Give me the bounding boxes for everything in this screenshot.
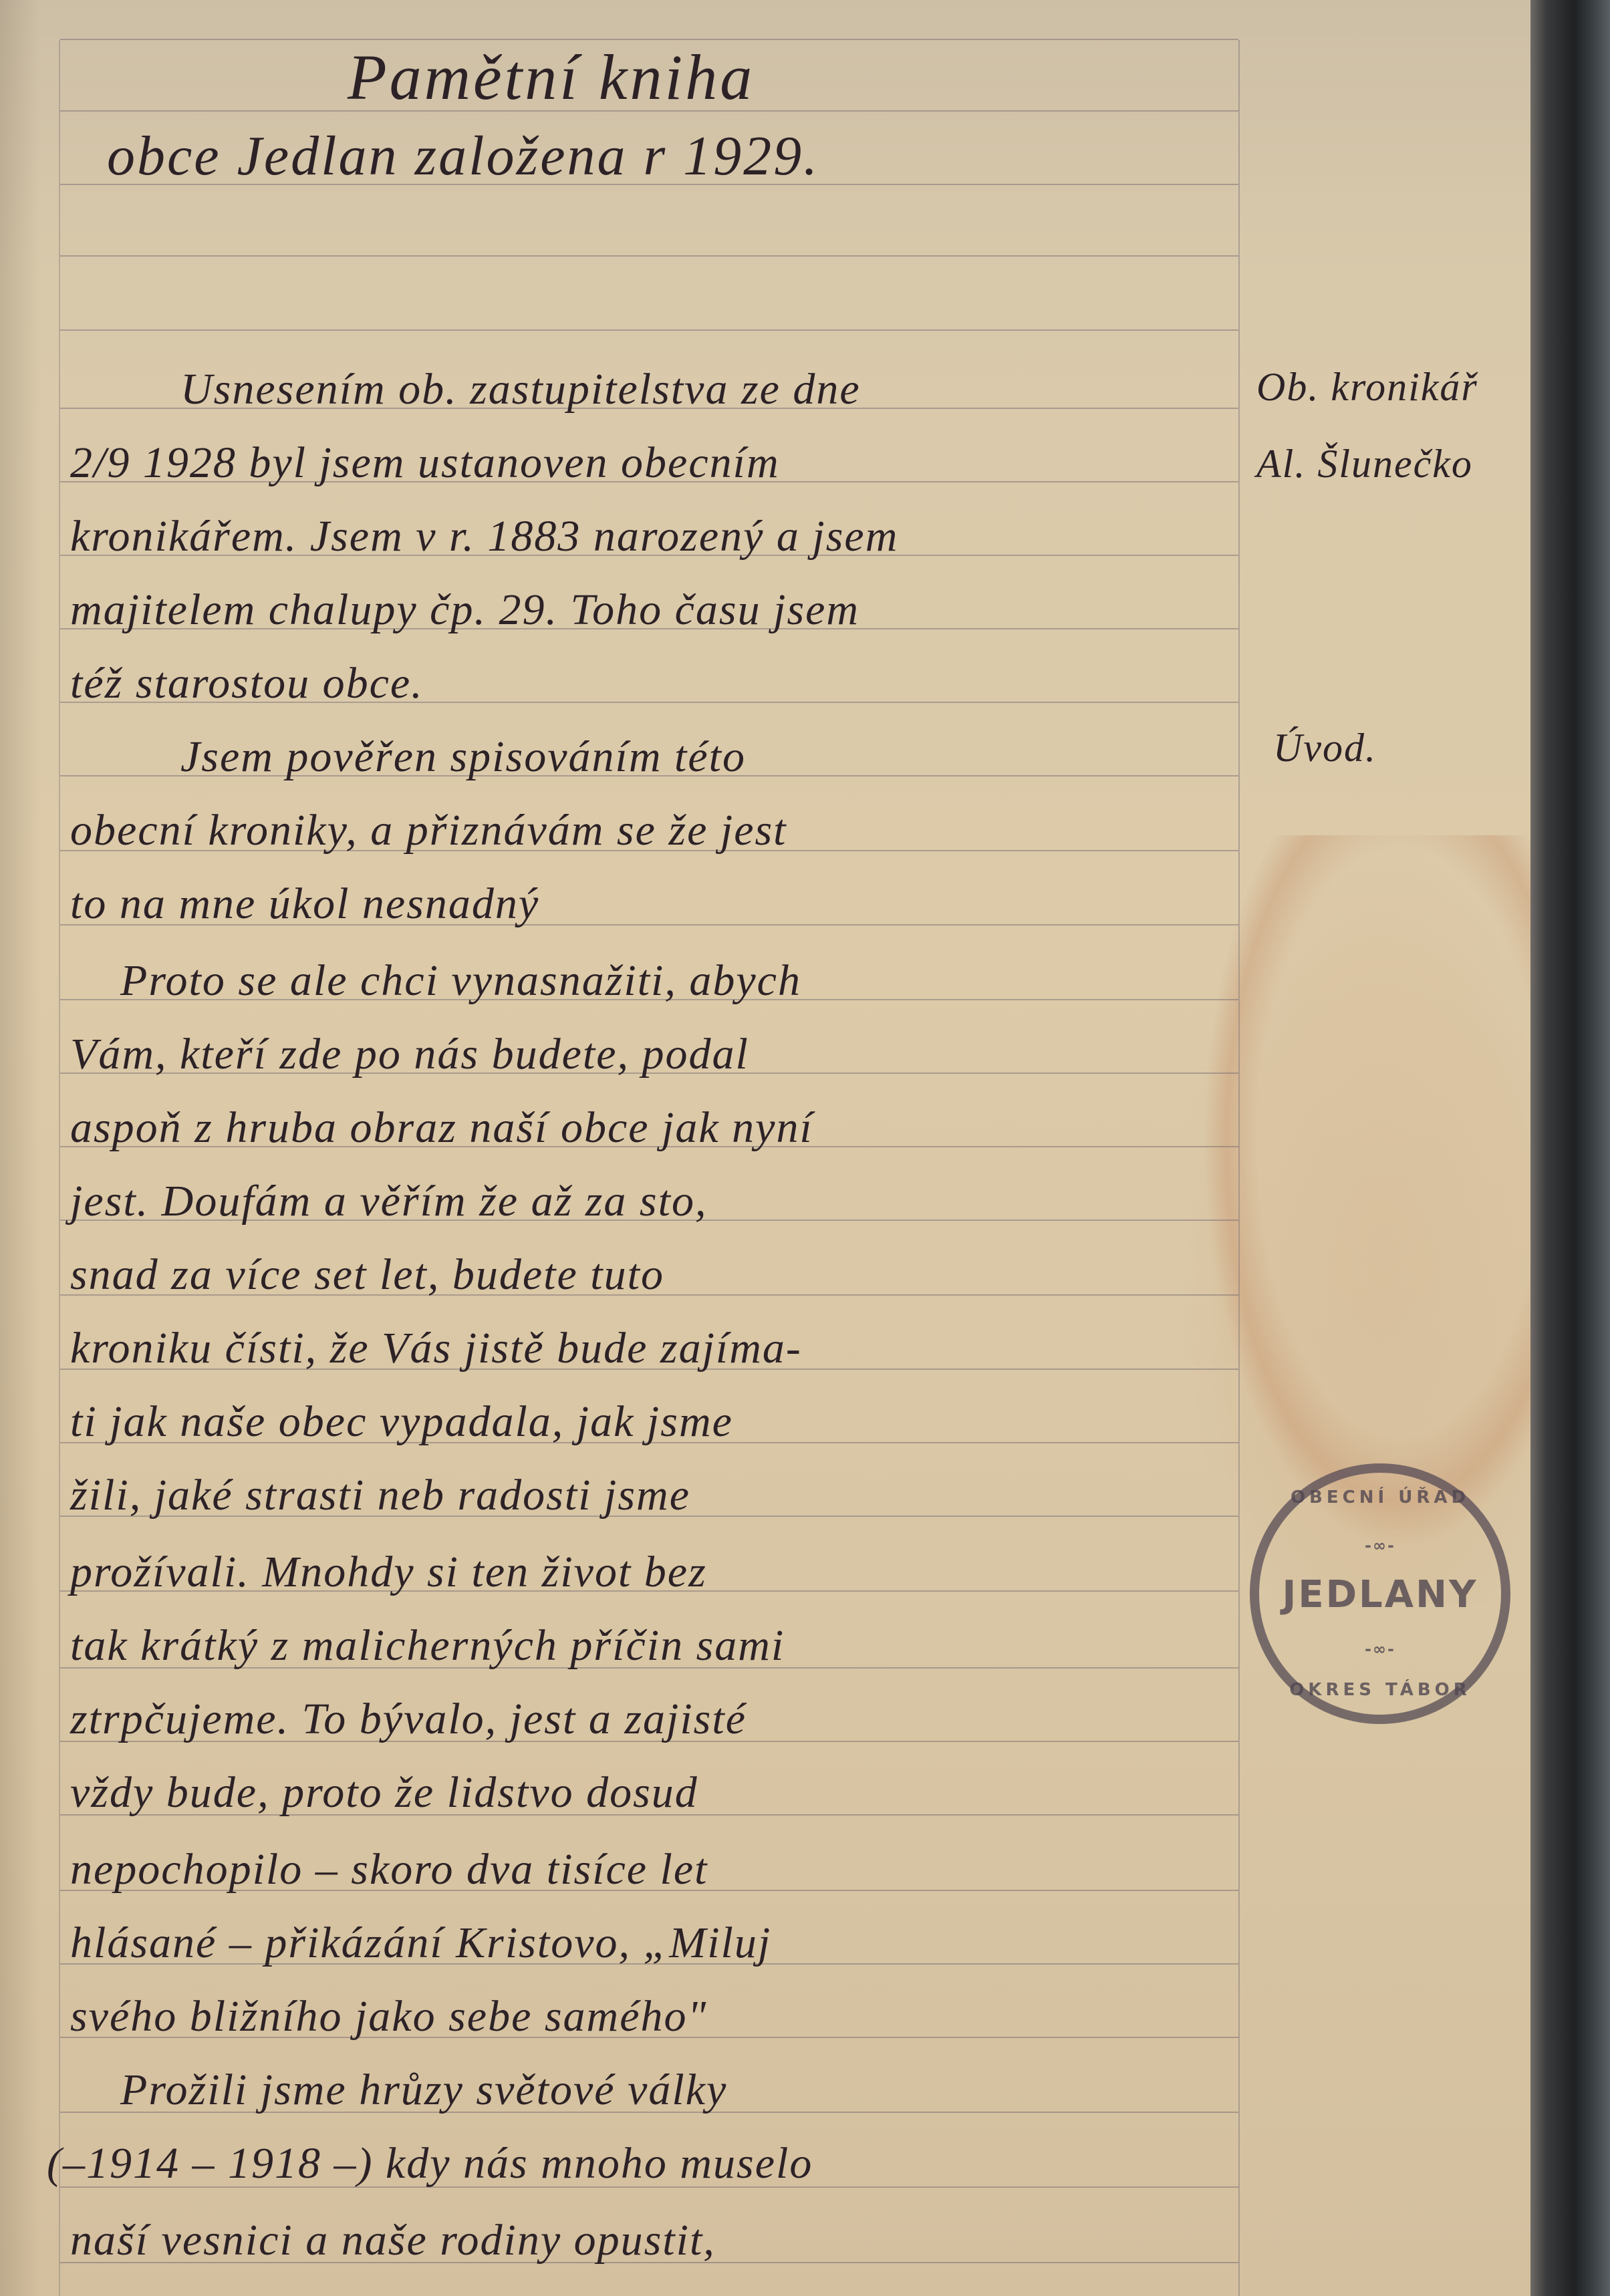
body-line: tak krátký z malicherných příčin sami — [70, 1620, 785, 1671]
body-line: vždy bude, proto že lidstvo dosud — [70, 1767, 698, 1818]
body-line: prožívali. Mnohdy si ten život bez — [70, 1547, 707, 1598]
body-line: naší vesnici a naše rodiny opustit, — [70, 2215, 716, 2266]
scanner-background — [1530, 0, 1610, 2296]
side-column-rule — [1238, 40, 1240, 2296]
side-note-author: Al. Šlunečko — [1256, 441, 1473, 487]
ruled-line — [60, 255, 1238, 257]
body-line: jest. Doufám a věřím že až za sto, — [70, 1176, 707, 1227]
body-line: majitelem chalupy čp. 29. Toho času jsem — [70, 585, 859, 635]
body-line: ti jak naše obec vypadala, jak jsme — [70, 1397, 733, 1447]
body-line: snad za více set let, budete tuto — [70, 1250, 664, 1300]
stamp-ornament-icon: -∞- — [1259, 1640, 1501, 1659]
body-line: nepochopilo – skoro dva tisíce let — [70, 1844, 708, 1895]
body-line: ztrpčujeme. To bývalo, jest a zajisté — [70, 1694, 747, 1745]
body-line: žili, jaké strasti neb radosti jsme — [70, 1470, 690, 1521]
body-line: 2/9 1928 byl jsem ustanoven obecním — [70, 438, 780, 488]
body-line: Prožili jsme hrůzy světové války — [120, 2065, 727, 2116]
body-line: svého bližního jako sebe samého" — [70, 1991, 707, 2042]
body-line: Proto se ale chci vynasnažiti, abych — [120, 956, 801, 1006]
page-subtitle: obce Jedlan založena r 1929. — [107, 124, 819, 188]
body-line: to na mne úkol nesnadný — [70, 879, 539, 929]
body-line: kroniku čísti, že Vás jistě bude zajíma- — [70, 1323, 802, 1374]
chronicle-page: Pamětní kniha obce Jedlan založena r 192… — [0, 0, 1537, 2296]
body-line: též starostou obce. — [70, 658, 424, 709]
body-line: Usnesením ob. zastupitelstva ze dne — [180, 364, 861, 415]
body-line: Vám, kteří zde po nás budete, podal — [70, 1029, 749, 1080]
body-line: kronikářem. Jsem v r. 1883 narozený a js… — [70, 511, 898, 562]
left-margin-rule — [59, 40, 60, 2296]
side-note-chronicler: Ob. kronikář — [1256, 364, 1478, 410]
body-line: hlásané – přikázání Kristovo, „Miluj — [70, 1918, 771, 1969]
stamp-ornament-icon: -∞- — [1259, 1536, 1501, 1555]
stamp-top-text: OBECNÍ ÚŘAD — [1259, 1487, 1501, 1508]
side-note-introduction: Úvod. — [1273, 725, 1377, 771]
municipal-stamp: OBECNÍ ÚŘAD -∞- JEDLANY -∞- OKRES TÁBOR — [1250, 1463, 1510, 1724]
body-line: aspoň z hruba obraz naší obce jak nyní — [70, 1103, 813, 1153]
body-line: (–1914 – 1918 –) kdy nás mnoho muselo — [47, 2138, 813, 2189]
stamp-center-text: JEDLANY — [1259, 1573, 1501, 1616]
ruled-line — [60, 329, 1238, 331]
body-line: Jsem pověřen spisováním této — [180, 732, 746, 782]
body-line: obecní kroniky, a přiznávám se že jest — [70, 805, 787, 856]
stamp-bottom-text: OKRES TÁBOR — [1259, 1680, 1501, 1700]
page-title: Pamětní kniha — [348, 40, 755, 114]
